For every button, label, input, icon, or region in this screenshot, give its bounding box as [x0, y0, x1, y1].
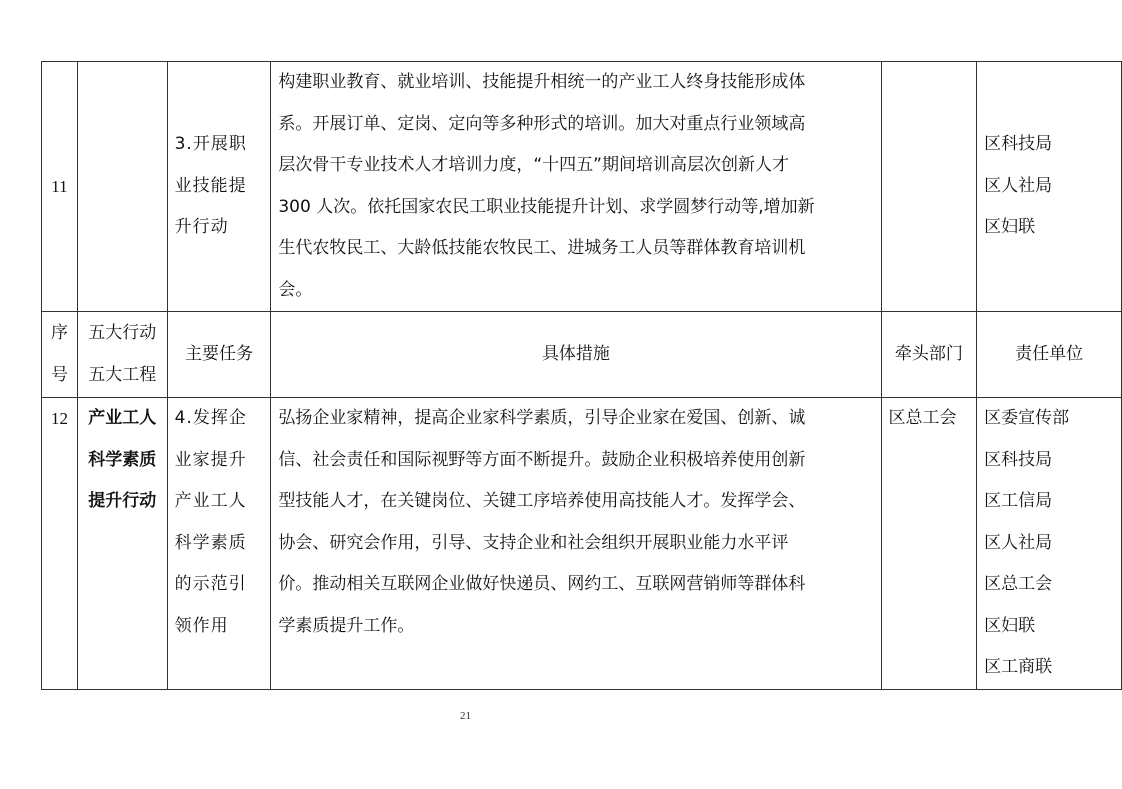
responsible-unit: 区总工会 — [984, 564, 1115, 606]
measure-line: 协会、研究会作用，引导、支持企业和社会组织开展职业能力水平评 — [278, 523, 874, 565]
table-row-12: 12 产业工人 科学素质 提升行动 4.发挥企 业家提升 产业工人 科学素质 的… — [42, 398, 1122, 690]
measure-line: 构建职业教育、就业培训、技能提升相统一的产业工人终身技能形成体 — [278, 62, 874, 104]
action-cell — [77, 62, 167, 312]
responsible-unit: 区工商联 — [984, 647, 1115, 689]
measure-line: 会。 — [278, 270, 874, 312]
responsible-unit: 区妇联 — [984, 606, 1115, 648]
measure-line: 生代农牧民工、大龄低技能农牧民工、进城务工人员等群体教育培训机 — [278, 228, 874, 270]
measure-line: 价。推动相关互联网企业做好快递员、网约工、互联网营销师等群体科 — [278, 564, 874, 606]
header-task: 主要任务 — [167, 312, 271, 398]
measure-cell: 弘扬企业家精神，提高企业家科学素质，引导企业家在爱国、创新、诚 信、社会责任和国… — [271, 398, 881, 690]
header-action: 五大行动 五大工程 — [77, 312, 167, 398]
header-action-line: 五大工程 — [78, 355, 167, 397]
action-line: 科学素质 — [78, 440, 167, 482]
table-header-row: 序 号 五大行动 五大工程 主要任务 具体措施 牵头部门 责任单位 — [42, 312, 1122, 398]
measure-line: 层次骨干专业技术人才培训力度，“十四五”期间培训高层次创新人才 — [278, 145, 874, 187]
task-line: 升行动 — [175, 207, 267, 249]
responsible-unit: 区人社局 — [984, 166, 1115, 208]
measure-line: 系。开展订单、定岗、定向等多种形式的培训。加大对重点行业领域高 — [278, 104, 874, 146]
table-row-11: 11 3.开展职 业技能提 升行动 构建职业教育、就业培训、技能提升相统一的产业… — [42, 62, 1122, 312]
responsible-units-cell: 区委宣传部 区科技局 区工信局 区人社局 区总工会 区妇联 区工商联 — [977, 398, 1122, 690]
responsible-unit: 区工信局 — [984, 481, 1115, 523]
page-number: 21 — [460, 710, 471, 722]
action-line: 产业工人 — [78, 398, 167, 440]
action-cell: 产业工人 科学素质 提升行动 — [77, 398, 167, 690]
lead-dept-cell: 区总工会 — [881, 398, 977, 690]
header-measure: 具体措施 — [271, 312, 881, 398]
header-action-line: 五大行动 — [78, 313, 167, 355]
header-lead-dept: 牵头部门 — [881, 312, 977, 398]
measure-line: 300 人次。依托国家农民工职业技能提升计划、求学圆梦行动等,增加新 — [278, 187, 874, 229]
row-number: 11 — [42, 62, 78, 312]
responsible-unit: 区科技局 — [984, 124, 1115, 166]
row-number: 12 — [42, 398, 78, 690]
header-number: 序 号 — [42, 312, 78, 398]
header-responsible-units: 责任单位 — [977, 312, 1122, 398]
responsible-unit: 区妇联 — [984, 207, 1115, 249]
task-line: 科学素质 — [175, 523, 267, 565]
task-line: 3.开展职 — [175, 124, 267, 166]
task-cell: 4.发挥企 业家提升 产业工人 科学素质 的示范引 领作用 — [167, 398, 271, 690]
task-line: 的示范引 — [175, 564, 267, 606]
measure-line: 学素质提升工作。 — [278, 606, 874, 648]
task-line: 业家提升 — [175, 440, 267, 482]
measure-line: 型技能人才，在关键岗位、关键工序培养使用高技能人才。发挥学会、 — [278, 481, 874, 523]
responsible-units-cell: 区科技局 区人社局 区妇联 — [977, 62, 1122, 312]
measure-line: 信、社会责任和国际视野等方面不断提升。鼓励企业积极培养使用创新 — [278, 440, 874, 482]
header-number-line: 号 — [42, 355, 77, 397]
task-line: 产业工人 — [175, 481, 267, 523]
task-line: 领作用 — [175, 606, 267, 648]
measure-line: 弘扬企业家精神，提高企业家科学素质，引导企业家在爱国、创新、诚 — [278, 398, 874, 440]
task-line: 业技能提 — [175, 166, 267, 208]
responsible-unit: 区委宣传部 — [984, 398, 1115, 440]
responsible-unit: 区人社局 — [984, 523, 1115, 565]
lead-dept-cell — [881, 62, 977, 312]
responsible-unit: 区科技局 — [984, 440, 1115, 482]
header-number-line: 序 — [42, 313, 77, 355]
task-line: 4.发挥企 — [175, 398, 267, 440]
task-cell: 3.开展职 业技能提 升行动 — [167, 62, 271, 312]
action-line: 提升行动 — [78, 481, 167, 523]
plan-table: 11 3.开展职 业技能提 升行动 构建职业教育、就业培训、技能提升相统一的产业… — [41, 61, 1122, 690]
measure-cell: 构建职业教育、就业培训、技能提升相统一的产业工人终身技能形成体 系。开展订单、定… — [271, 62, 881, 312]
